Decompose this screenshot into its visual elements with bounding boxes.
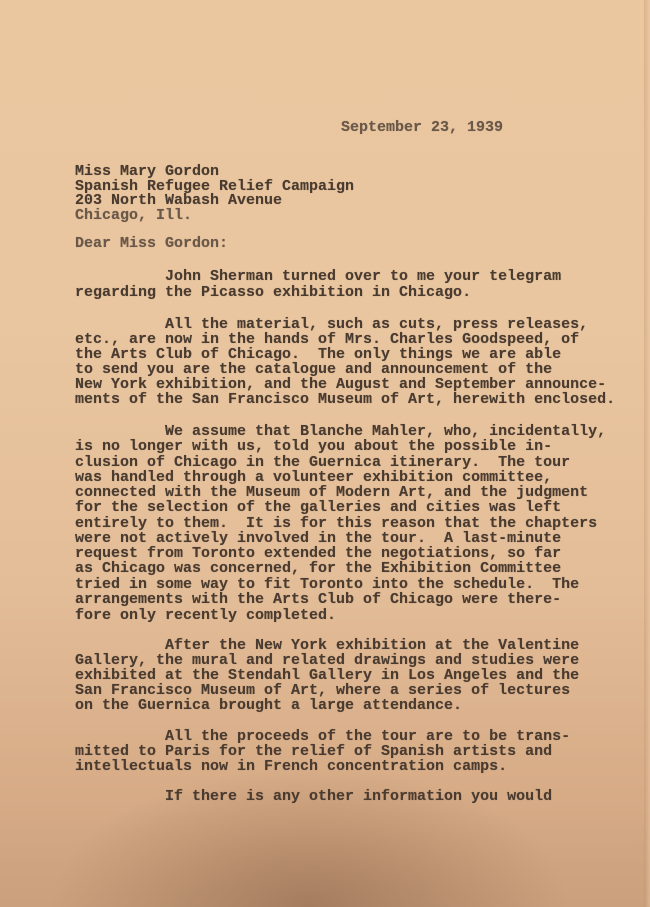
paragraph-3-line: for the selection of the galleries and c… <box>75 500 561 515</box>
paragraph-4-line: exhibited at the Stendahl Gallery in Los… <box>75 668 579 683</box>
paragraph-2-line: to send you are the catalogue and announ… <box>75 362 552 377</box>
paragraph-4-line: on the Guernica brought a large attendan… <box>75 698 462 713</box>
paragraph-5-line: mitted to Paris for the relief of Spanis… <box>75 744 552 759</box>
paragraph-2-line: New York exhibition, and the August and … <box>75 377 606 392</box>
paragraph-3-line: were not actively involved in the tour. … <box>75 531 561 546</box>
paragraph-2-line: All the material, such as cuts, press re… <box>75 317 588 332</box>
paragraph-3-line: arrangements with the Arts Club of Chica… <box>75 592 561 607</box>
recipient-street: 203 North Wabash Avenue <box>75 193 282 208</box>
paragraph-3-line: is no longer with us, told you about the… <box>75 439 552 454</box>
paragraph-2-line: ments of the San Francisco Museum of Art… <box>75 392 615 407</box>
paragraph-3-line: fore only recently completed. <box>75 608 336 623</box>
paper-edge <box>644 0 650 907</box>
paragraph-4-line: San Francisco Museum of Art, where a ser… <box>75 683 570 698</box>
paragraph-6-line: If there is any other information you wo… <box>75 789 552 804</box>
recipient-name: Miss Mary Gordon <box>75 164 219 179</box>
paragraph-5-line: intellectuals now in French concentratio… <box>75 759 507 774</box>
letter-date: September 23, 1939 <box>341 120 503 135</box>
paragraph-1-line: John Sherman turned over to me your tele… <box>75 269 561 284</box>
paragraph-3-line: tried in some way to fit Toronto into th… <box>75 577 579 592</box>
paragraph-4-line: After the New York exhibition at the Val… <box>75 638 579 653</box>
paragraph-3-line: was handled through a volunteer exhibiti… <box>75 470 552 485</box>
paragraph-3-line: request from Toronto extended the negoti… <box>75 546 561 561</box>
paragraph-4-line: Gallery, the mural and related drawings … <box>75 653 579 668</box>
paragraph-3-line: clusion of Chicago in the Guernica itine… <box>75 455 570 470</box>
paragraph-3-line: We assume that Blanche Mahler, who, inci… <box>75 424 606 439</box>
salutation: Dear Miss Gordon: <box>75 236 228 251</box>
paragraph-3-line: entirely to them. It is for this reason … <box>75 516 597 531</box>
paragraph-3-line: connected with the Museum of Modern Art,… <box>75 485 588 500</box>
paragraph-3-line: as Chicago was concerned, for the Exhibi… <box>75 561 561 576</box>
recipient-city: Chicago, Ill. <box>75 208 192 223</box>
letter-body: September 23, 1939 Miss Mary Gordon Span… <box>75 0 635 867</box>
paragraph-1-line: regarding the Picasso exhibition in Chic… <box>75 285 471 300</box>
paragraph-5-line: All the proceeds of the tour are to be t… <box>75 729 570 744</box>
paragraph-2-line: etc., are now in the hands of Mrs. Charl… <box>75 332 579 347</box>
paragraph-2-line: the Arts Club of Chicago. The only thing… <box>75 347 561 362</box>
